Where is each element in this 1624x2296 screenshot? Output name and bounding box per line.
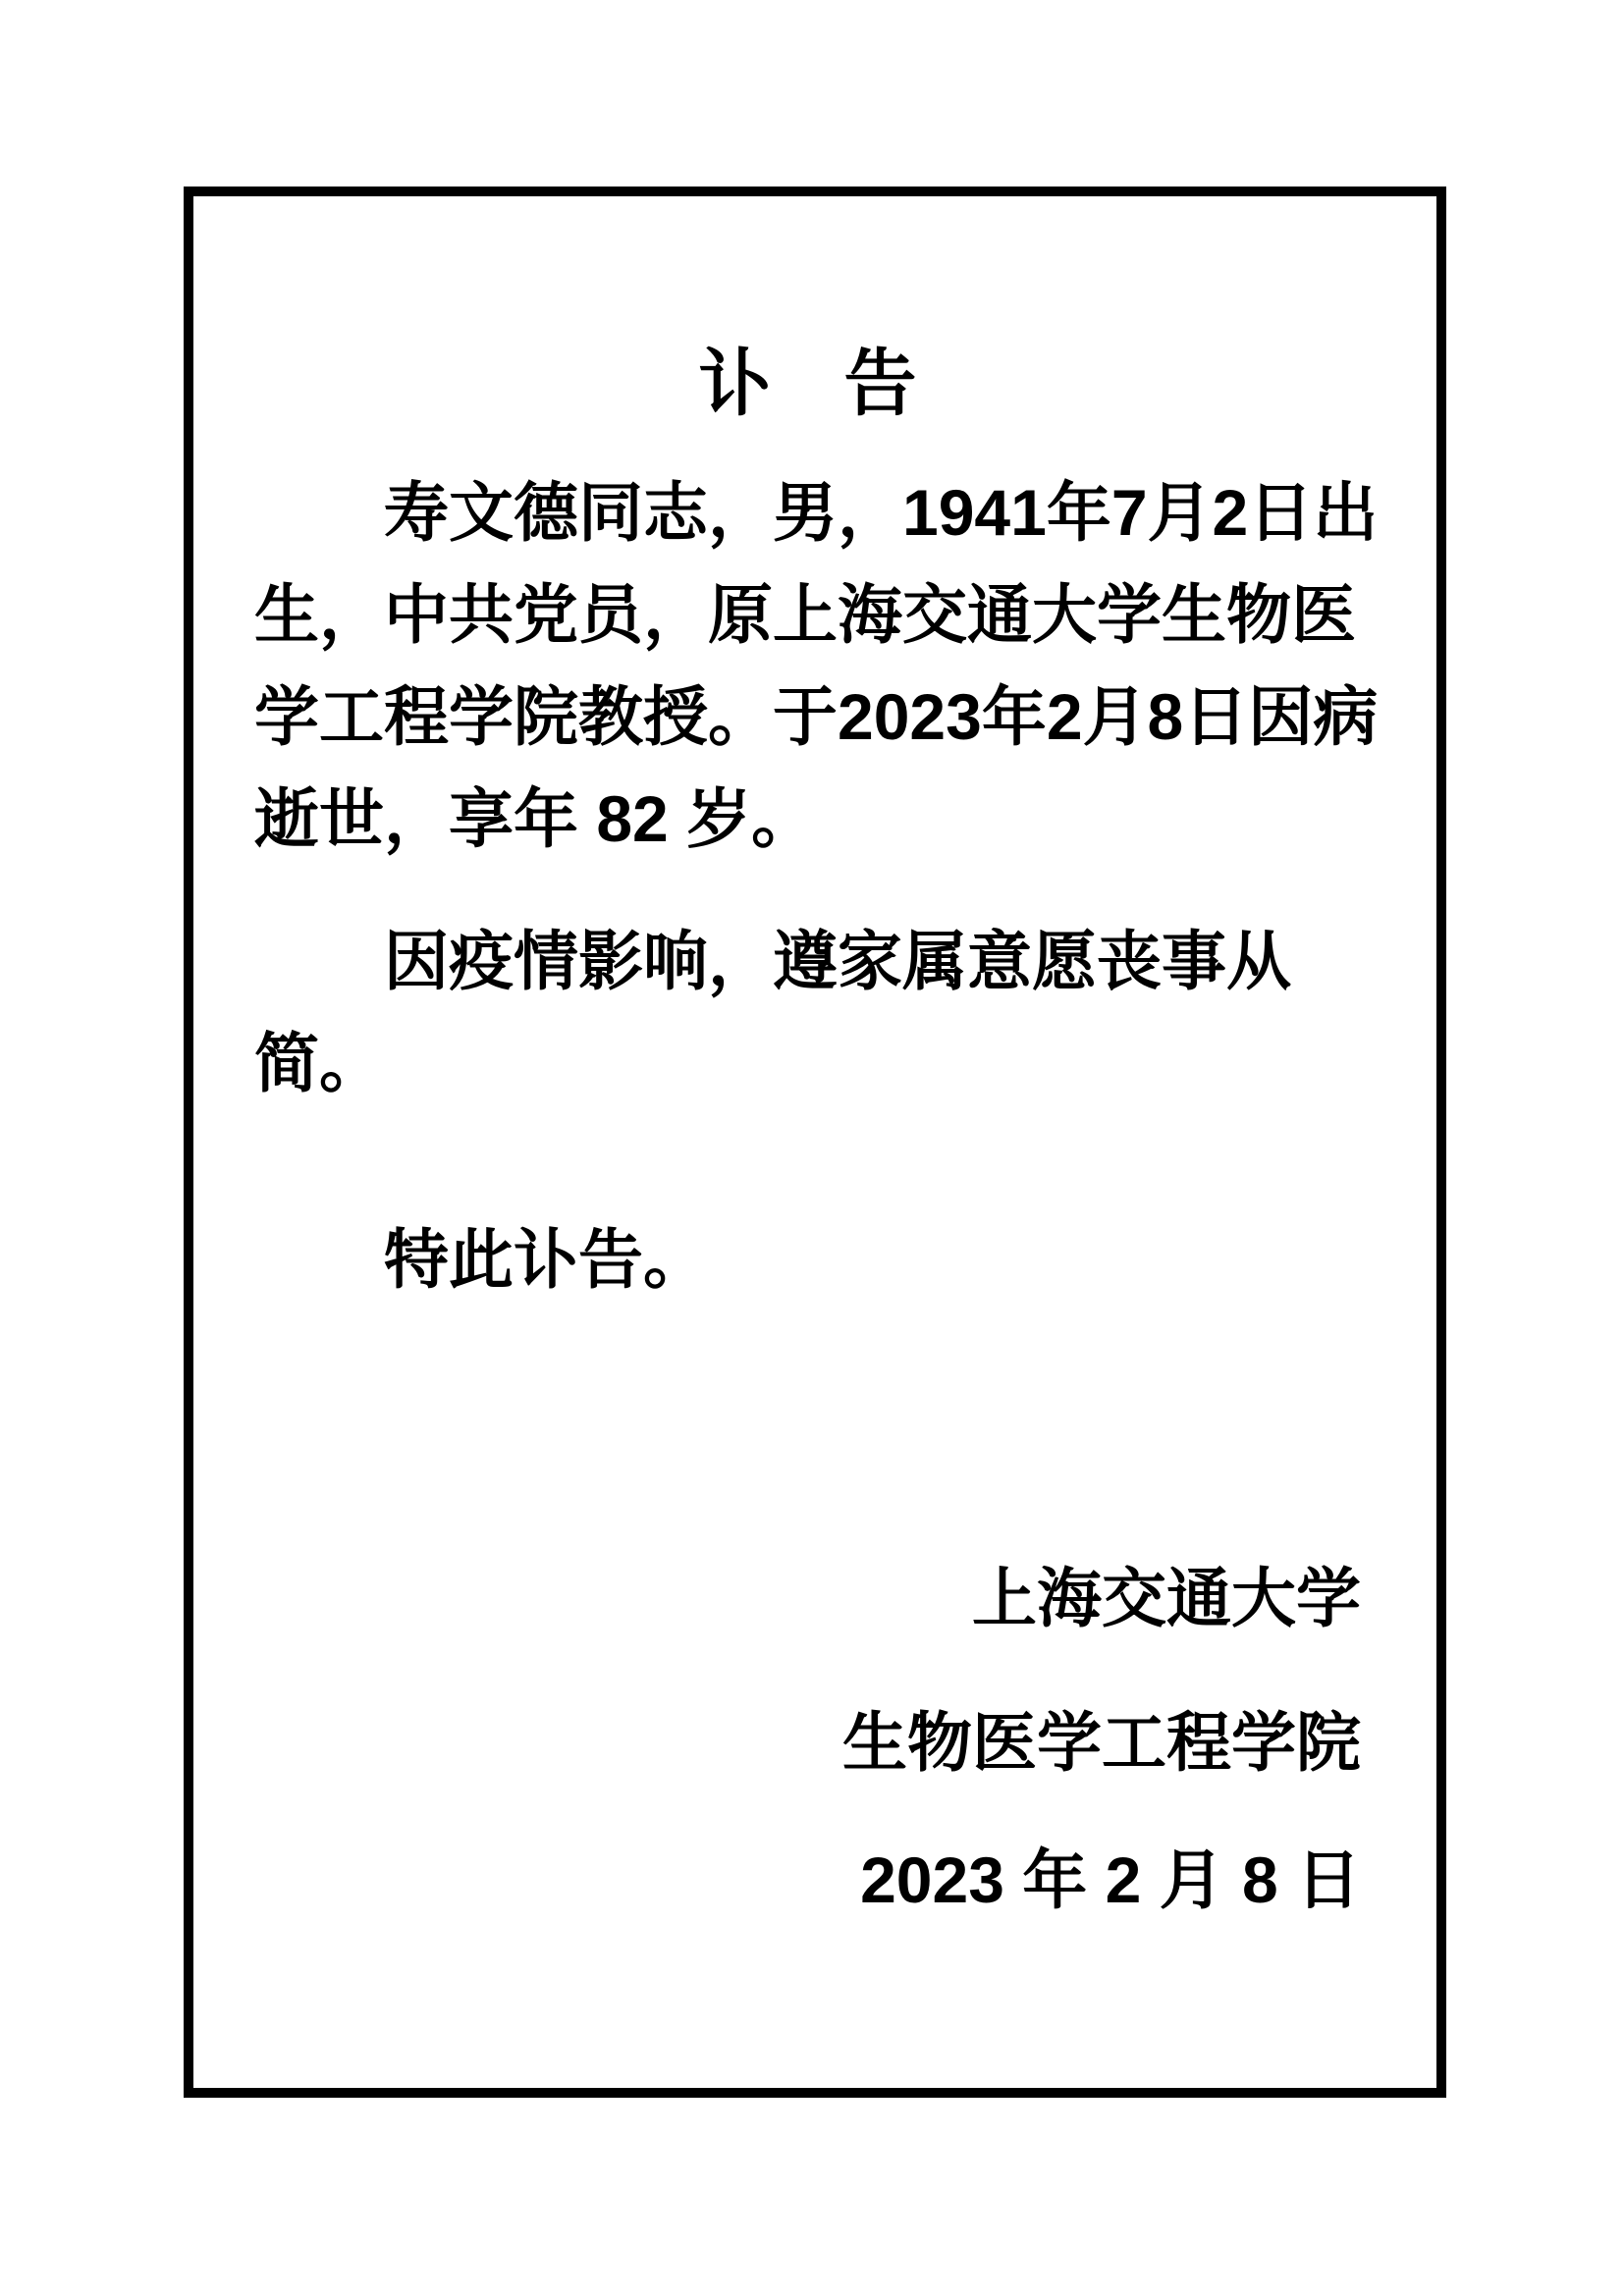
notice-title: 讣 告: [254, 330, 1361, 438]
obituary-paragraph-line-3: 学工程学院教授。于2023年2月8日因病: [254, 666, 1361, 768]
obituary-paragraph-line-4: 逝世，享年 82 岁。: [254, 768, 1361, 870]
obituary-paragraph-line-2: 生，中共党员，原上海交通大学生物医: [254, 563, 1361, 666]
notice-content: 讣 告 寿文德同志，男，1941年7月2日出 生，中共党员，原上海交通大学生物医…: [193, 196, 1436, 1931]
funeral-arrangement-paragraph: 因疫情影响，遵家属意愿丧事从简。: [254, 910, 1361, 1114]
signature-university: 上海交通大学: [254, 1547, 1361, 1649]
obituary-paragraph-line-1: 寿文德同志，男，1941年7月2日出: [254, 461, 1361, 563]
signature-date: 2023 年 2 月 8 日: [254, 1829, 1361, 1931]
notice-border-frame: 讣 告 寿文德同志，男，1941年7月2日出 生，中共党员，原上海交通大学生物医…: [184, 187, 1446, 2098]
obituary-paragraph: 寿文德同志，男，1941年7月2日出 生，中共党员，原上海交通大学生物医 学工程…: [254, 461, 1361, 870]
signature-school: 生物医学工程学院: [254, 1691, 1361, 1793]
closing-paragraph: 特此讣告。: [254, 1208, 1361, 1310]
